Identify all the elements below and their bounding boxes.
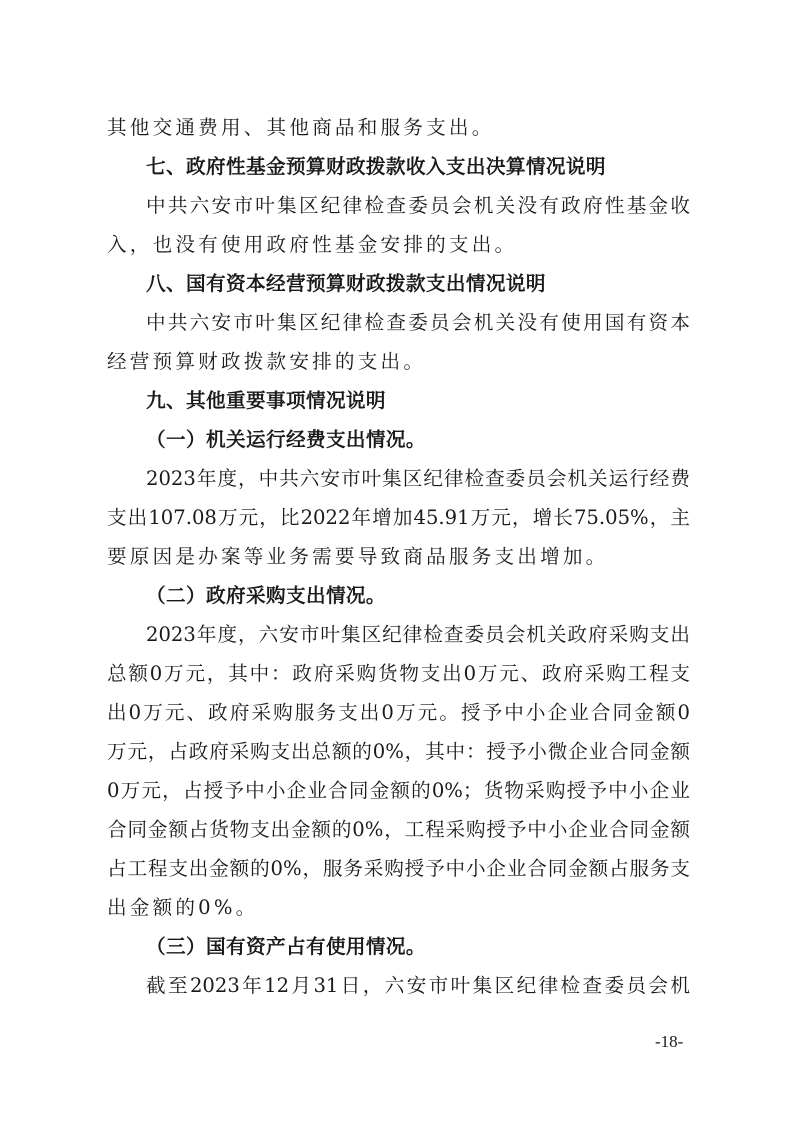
section-heading-7: 七、政府性基金预算财政拨款收入支出决算情况说明	[107, 147, 690, 186]
body-line: 支出107.08万元，比2022年增加45.91万元，增长75.05%，主	[107, 498, 690, 537]
body-line: 出金额的0%。	[107, 888, 690, 927]
subsection-heading-2: （二）政府采购支出情况。	[107, 576, 690, 615]
body-line: 占工程支出金额的0%，服务采购授予中小企业合同金额占服务支	[107, 849, 690, 888]
body-line: 万元，占政府采购支出总额的0%，其中：授予小微企业合同金额	[107, 732, 690, 771]
page-number: -18-	[655, 1032, 683, 1052]
body-line: 截至2023年12月31日，六安市叶集区纪律检查委员会机	[107, 966, 690, 1005]
section-heading-9: 九、其他重要事项情况说明	[107, 381, 690, 420]
subsection-heading-1: （一）机关运行经费支出情况。	[107, 420, 690, 459]
body-line: 合同金额占货物支出金额的0%，工程采购授予中小企业合同金额	[107, 810, 690, 849]
document-page: 其他交通费用、其他商品和服务支出。 七、政府性基金预算财政拨款收入支出决算情况说…	[107, 108, 690, 1005]
body-line: 入，也没有使用政府性基金安排的支出。	[107, 225, 690, 264]
body-line: 经营预算财政拨款安排的支出。	[107, 342, 690, 381]
subsection-heading-3: （三）国有资产占有使用情况。	[107, 927, 690, 966]
body-line: 0万元，占授予中小企业合同金额的0%；货物采购授予中小企业	[107, 771, 690, 810]
body-line: 其他交通费用、其他商品和服务支出。	[107, 108, 690, 147]
body-line: 中共六安市叶集区纪律检查委员会机关没有使用国有资本	[107, 303, 690, 342]
body-line: 出0万元、政府采购服务支出0万元。授予中小企业合同金额0	[107, 693, 690, 732]
body-line: 2023年度，中共六安市叶集区纪律检查委员会机关运行经费	[107, 459, 690, 498]
body-line: 2023年度，六安市叶集区纪律检查委员会机关政府采购支出	[107, 615, 690, 654]
body-line: 要原因是办案等业务需要导致商品服务支出增加。	[107, 537, 690, 576]
body-line: 总额0万元，其中：政府采购货物支出0万元、政府采购工程支	[107, 654, 690, 693]
body-line: 中共六安市叶集区纪律检查委员会机关没有政府性基金收	[107, 186, 690, 225]
section-heading-8: 八、国有资本经营预算财政拨款支出情况说明	[107, 264, 690, 303]
